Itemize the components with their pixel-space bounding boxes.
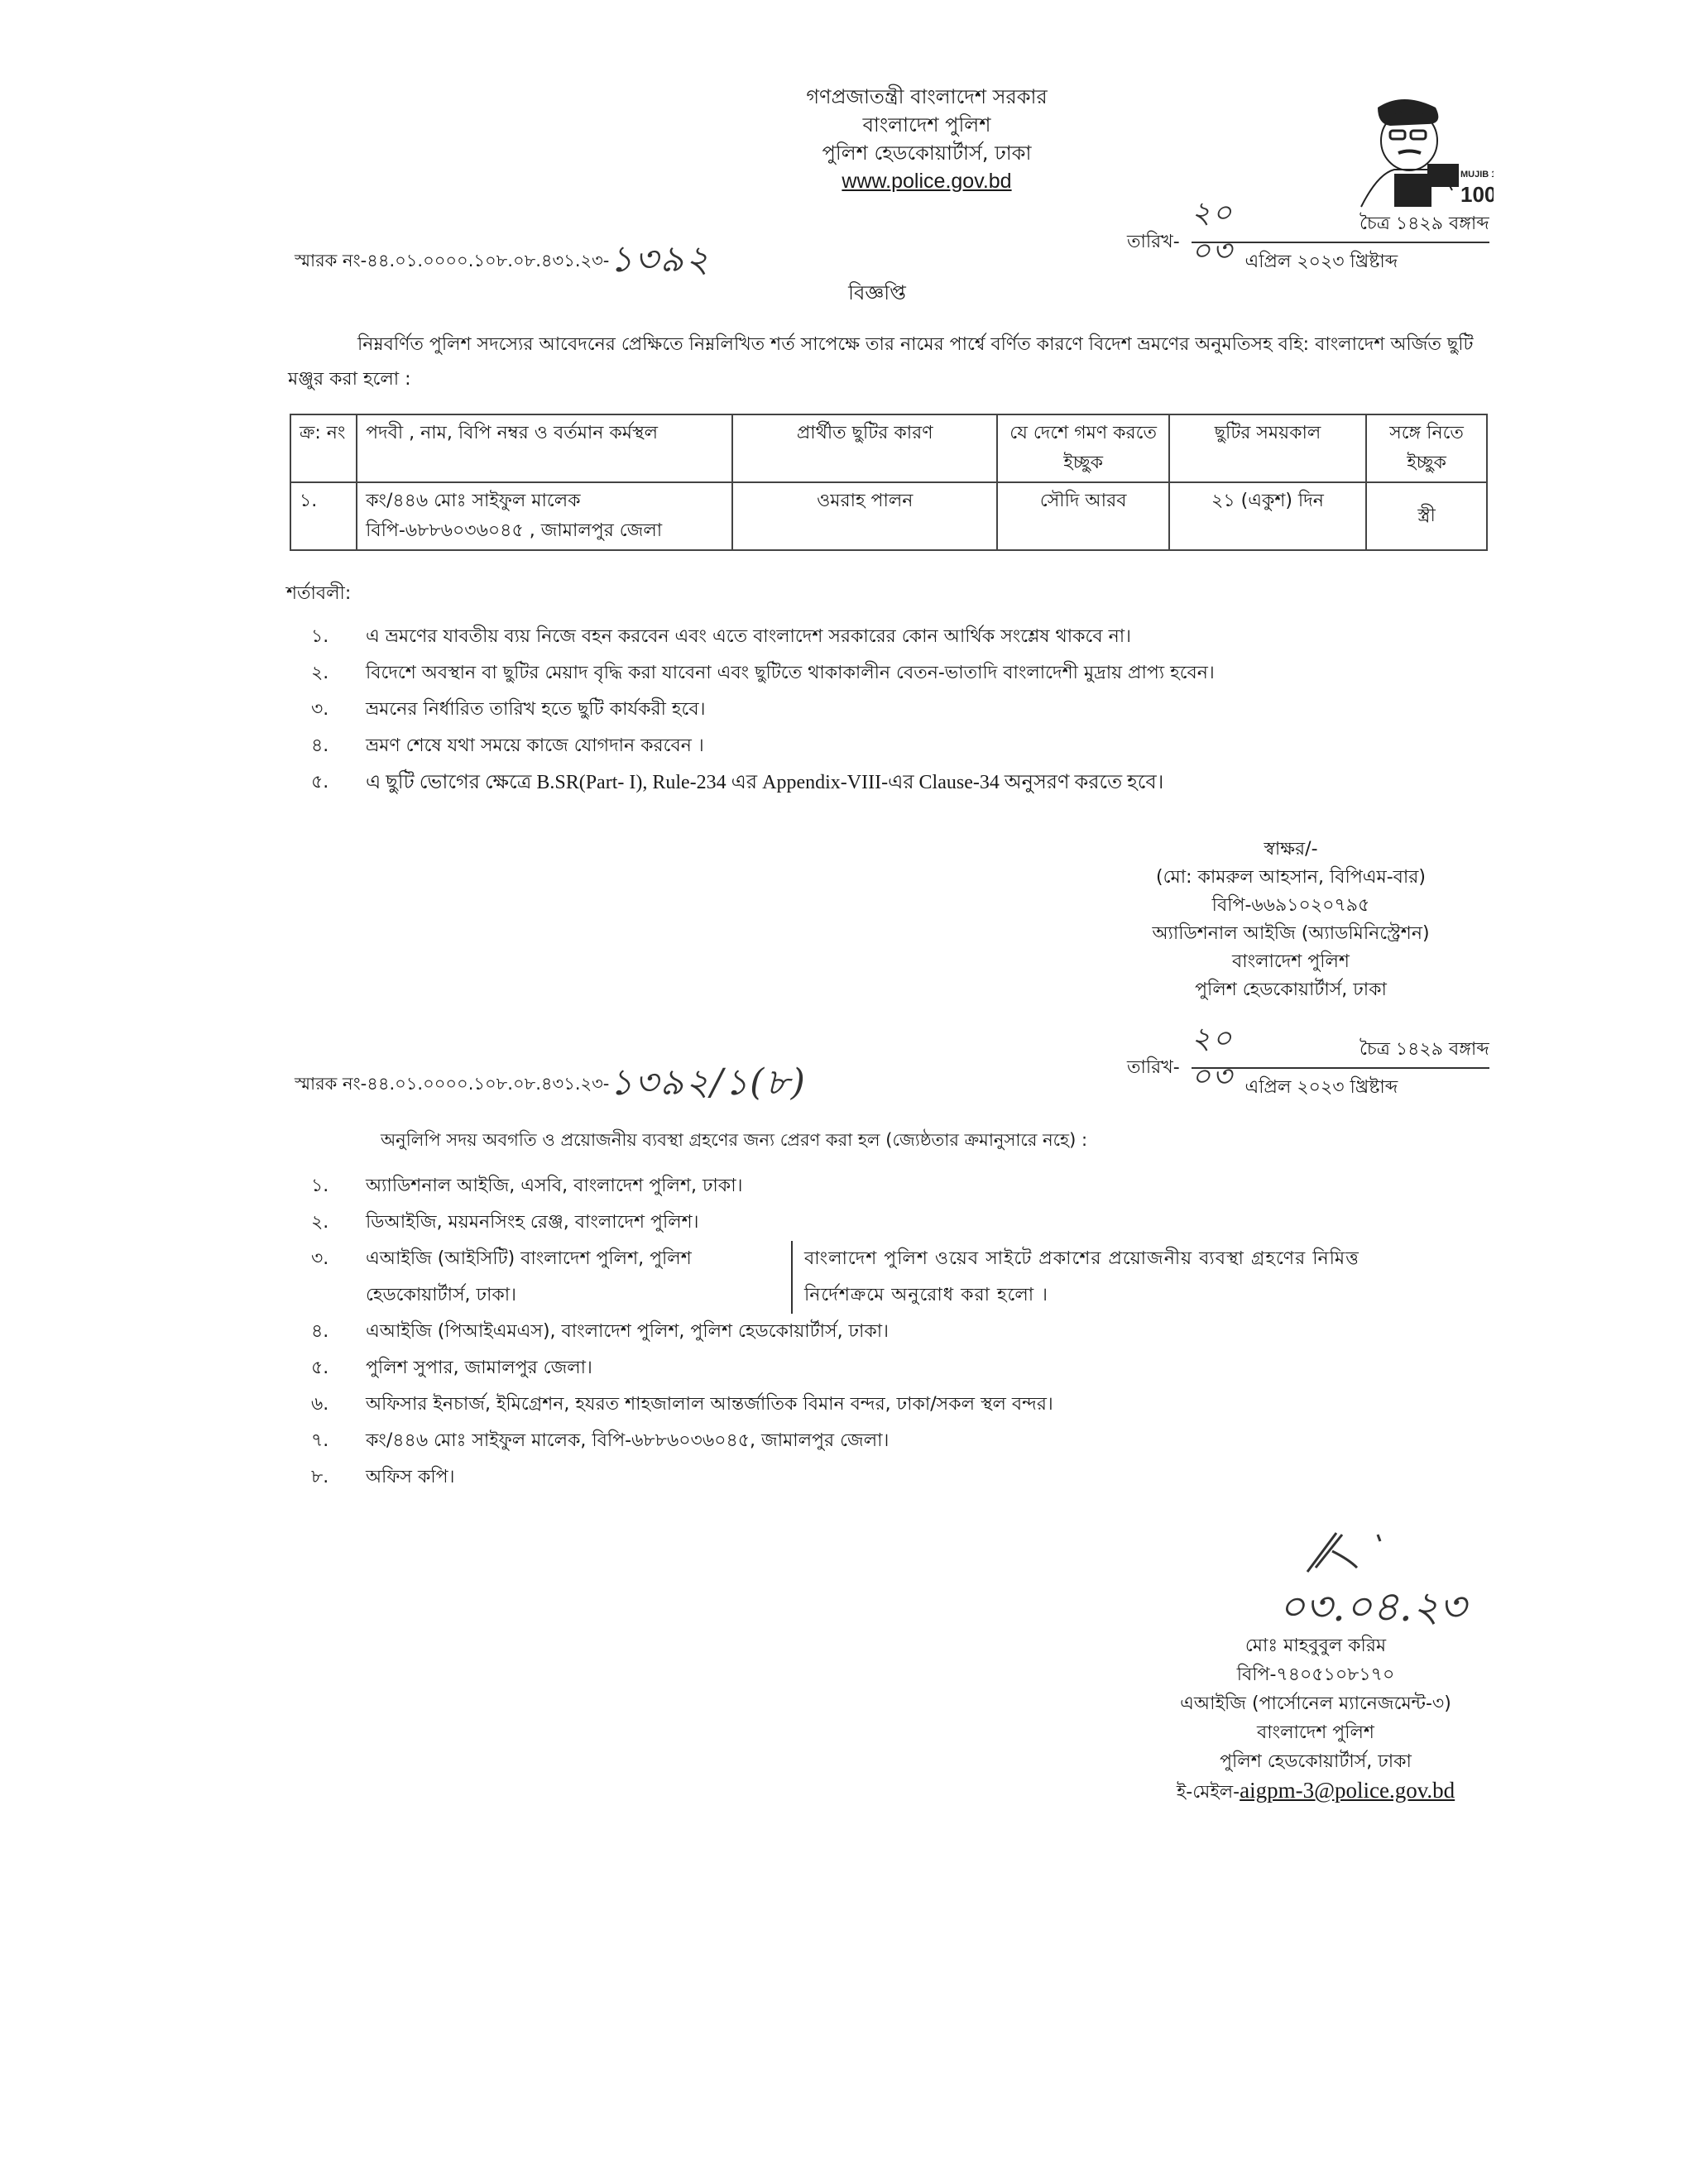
website-link[interactable]: www.police.gov.bd	[679, 167, 1175, 195]
item-number: ৩.	[311, 692, 366, 728]
signature-mark: স্বাক্ষর/-	[1076, 836, 1506, 864]
item-number: ৫.	[311, 1350, 366, 1387]
item-number: ৬.	[311, 1387, 366, 1423]
cell-duration: ২১ (একুশ) দিন	[1169, 482, 1366, 550]
memo-handwritten-number: ১৩৯২/১(৮)	[609, 1055, 807, 1115]
list-item: ৪.ভ্রমণ শেষে যথা সময়ে কাজে যোগদান করবেন…	[311, 728, 1519, 764]
date-block-1: তারিখ- ২০ চৈত্র ১৪২৯ বঙ্গাব্দ ০৩ এপ্রিল …	[1127, 207, 1489, 278]
item-text: এ ছুটি ভোগের ক্ষেত্রে B.SR(Part- I), Rul…	[366, 764, 1163, 801]
email-link[interactable]: aigpm-3@police.gov.bd	[1240, 1778, 1455, 1803]
signatory-designation: অ্যাডিশনাল আইজি (অ্যাডমিনিস্ট্রেশন)	[1076, 920, 1506, 948]
list-item: ১.এ ভ্রমণের যাবতীয় ব্যয় নিজে বহন করবেন…	[311, 619, 1519, 655]
date-english-hand: ০৩	[1192, 228, 1234, 278]
letterhead-line-police: বাংলাদেশ পুলিশ	[679, 111, 1175, 139]
signatory-office: পুলিশ হেডকোয়ার্টার্স, ঢাকা	[1101, 1747, 1531, 1776]
svg-text:MUJIB 100: MUJIB 100	[1460, 170, 1494, 180]
memo-handwritten-number: ১৩৯২	[609, 232, 710, 292]
date-english: এপ্রিল ২০২৩ খ্রিষ্টাব্দ	[1245, 1073, 1398, 1104]
memo-label: স্মারক নং-৪৪.০১.০০০০.১০৮.০৮.৪৩১.২৩-	[295, 247, 609, 276]
memo-label: স্মারক নং-৪৪.০১.০০০০.১০৮.০৮.৪৩১.২৩-	[295, 1070, 609, 1099]
list-item: ২.বিদেশে অবস্থান বা ছুটির মেয়াদ বৃদ্ধি …	[311, 655, 1519, 692]
intro-paragraph: নিম্নবর্ণিত পুলিশ সদস্যের আবেদনের প্রেক্…	[288, 328, 1479, 397]
list-item: ৩.ভ্রমনের নির্ধারিত তারিখ হতে ছুটি কার্য…	[311, 692, 1519, 728]
item-number: ১.	[311, 619, 366, 655]
table-row: ১. কং/৪৪৬ মোঃ সাইফুল মালেক বিপি-৬৮৮৬০৩৬০…	[290, 482, 1487, 550]
signatory-designation: এআইজি (পার্সোনেল ম্যানেজমেন্ট-৩)	[1101, 1689, 1531, 1718]
date-label: তারিখ-	[1127, 1053, 1180, 1084]
memo-number-1: স্মারক নং-৪৪.০১.০০০০.১০৮.০৮.৪৩১.২৩- ১৩৯২	[295, 232, 711, 292]
cell-reason: ওমরাহ পালন	[732, 482, 997, 550]
signature-block-1: স্বাক্ষর/- (মো: কামরুল আহসান, বিপিএম-বার…	[1076, 836, 1506, 1004]
item-text: অফিসার ইনচার্জ, ইমিগ্রেশন, হযরত শাহজালাল…	[366, 1387, 1053, 1423]
letterhead-line-government: গণপ্রজাতন্ত্রী বাংলাদেশ সরকার	[679, 83, 1175, 111]
item-text: বিদেশে অবস্থান বা ছুটির মেয়াদ বৃদ্ধি কর…	[366, 655, 1215, 692]
item-number: ৮.	[311, 1459, 366, 1496]
item-text: অফিস কপি।	[366, 1459, 454, 1496]
item-text: অ্যাডিশনাল আইজি, এসবি, বাংলাদেশ পুলিশ, ঢ…	[366, 1168, 742, 1205]
date-label: তারিখ-	[1127, 227, 1180, 258]
header-companion: সঙ্গে নিতে ইচ্ছুক	[1366, 414, 1487, 482]
list-item: ৫.এ ছুটি ভোগের ক্ষেত্রে B.SR(Part- I), R…	[311, 764, 1519, 801]
signature-block-2: মোঃ মাহবুবুল করিম বিপি-৭৪০৫১০৮১৭০ এআইজি …	[1101, 1631, 1531, 1807]
header-designation: পদবী , নাম, বিপি নম্বর ও বর্তমান কর্মস্থ…	[357, 414, 732, 482]
signatory-org: বাংলাদেশ পুলিশ	[1101, 1718, 1531, 1747]
item-text: এ ভ্রমণের যাবতীয় ব্যয় নিজে বহন করবেন এ…	[366, 619, 1131, 655]
list-item: ৩. এআইজি (আইসিটি) বাংলাদেশ পুলিশ, পুলিশ …	[311, 1241, 1519, 1314]
signatory-name: মোঃ মাহবুবুল করিম	[1101, 1631, 1531, 1660]
page-title: বিজ্ঞপ্তি	[811, 278, 943, 311]
item-number: ১.	[311, 1168, 366, 1205]
list-item: ২.ডিআইজি, ময়মনসিংহ রেঞ্জ, বাংলাদেশ পুলি…	[311, 1205, 1519, 1241]
date-divider	[1192, 1067, 1489, 1069]
date-english-hand: ০৩	[1192, 1054, 1234, 1104]
item-text: কং/৪৪৬ মোঃ সাইফুল মালেক, বিপি-৬৮৮৬০৩৬০৪৫…	[366, 1423, 889, 1459]
cell-designation: কং/৪৪৬ মোঃ সাইফুল মালেক বিপি-৬৮৮৬০৩৬০৪৫ …	[357, 482, 732, 550]
date-bangla: চৈত্র ১৪২৯ বঙ্গাব্দ	[1360, 209, 1489, 240]
list-item: ৭.কং/৪৪৬ মোঃ সাইফুল মালেক, বিপি-৬৮৮৬০৩৬০…	[311, 1423, 1519, 1459]
list-item: ১.অ্যাডিশনাল আইজি, এসবি, বাংলাদেশ পুলিশ,…	[311, 1168, 1519, 1205]
cell-bp-location: বিপি-৬৮৮৬০৩৬০৪৫ , জামালপুর জেলা	[366, 516, 723, 546]
signatory-office: পুলিশ হেডকোয়ার্টার্স, ঢাকা	[1076, 976, 1506, 1004]
item-number: ২.	[311, 655, 366, 692]
signatory-name: (মো: কামরুল আহসান, বিপিএম-বার)	[1076, 864, 1506, 892]
list-item: ৫.পুলিশ সুপার, জামালপুর জেলা।	[311, 1350, 1519, 1387]
list-item: ৮.অফিস কপি।	[311, 1459, 1519, 1496]
item-text: ভ্রমণ শেষে যথা সময়ে কাজে যোগদান করবেন ।	[366, 728, 704, 764]
item-number: ২.	[311, 1205, 366, 1241]
svg-text:100: 100	[1460, 182, 1494, 207]
item-text: ডিআইজি, ময়মনসিংহ রেঞ্জ, বাংলাদেশ পুলিশ।	[366, 1205, 699, 1241]
header-reason: প্রার্থীত ছুটির কারণ	[732, 414, 997, 482]
header-duration: ছুটির সময়কাল	[1169, 414, 1366, 482]
list-item: ৬.অফিসার ইনচার্জ, ইমিগ্রেশন, হযরত শাহজাল…	[311, 1387, 1519, 1423]
cell-companion: স্ত্রী	[1366, 482, 1487, 550]
item-separator	[791, 1241, 793, 1314]
copy-list: ১.অ্যাডিশনাল আইজি, এসবি, বাংলাদেশ পুলিশ,…	[311, 1168, 1519, 1496]
handwritten-signature-icon	[1299, 1526, 1390, 1579]
signatory-bp: বিপি-৬৬৯১০২০৭৯৫	[1076, 892, 1506, 920]
cell-serial: ১.	[290, 482, 357, 550]
cell-name: কং/৪৪৬ মোঃ সাইফুল মালেক	[366, 486, 723, 516]
item-number: ৪.	[311, 728, 366, 764]
signatory-bp: বিপি-৭৪০৫১০৮১৭০	[1101, 1660, 1531, 1689]
item-text: এআইজি (পিআইএমএস), বাংলাদেশ পুলিশ, পুলিশ …	[366, 1314, 889, 1350]
mujib-100-logo-icon: MUJIB 100 100	[1345, 91, 1494, 215]
date-divider	[1192, 242, 1489, 243]
list-item: ৪.এআইজি (পিআইএমএস), বাংলাদেশ পুলিশ, পুলি…	[311, 1314, 1519, 1350]
date-english: এপ্রিল ২০২৩ খ্রিষ্টাব্দ	[1245, 247, 1398, 278]
item-text: ভ্রমনের নির্ধারিত তারিখ হতে ছুটি কার্যকর…	[366, 692, 705, 728]
header-serial: ক্র: নং	[290, 414, 357, 482]
header-country: যে দেশে গমণ করতে ইচ্ছুক	[997, 414, 1168, 482]
date-bangla: চৈত্র ১৪২৯ বঙ্গাব্দ	[1360, 1035, 1489, 1066]
copy-intro: অনুলিপি সদয় অবগতি ও প্রয়োজনীয় ব্যবস্থ…	[381, 1127, 1087, 1156]
item-text: এআইজি (আইসিটি) বাংলাদেশ পুলিশ, পুলিশ হেড…	[366, 1241, 779, 1314]
item-number: ৩.	[311, 1241, 366, 1314]
item-number: ৫.	[311, 764, 366, 801]
signatory-org: বাংলাদেশ পুলিশ	[1076, 948, 1506, 976]
email-line: ই-মেইল-aigpm-3@police.gov.bd	[1101, 1776, 1531, 1807]
cell-country: সৌদি আরব	[997, 482, 1168, 550]
item-number: ৪.	[311, 1314, 366, 1350]
leave-table: ক্র: নং পদবী , নাম, বিপি নম্বর ও বর্তমান…	[290, 414, 1488, 551]
table-header-row: ক্র: নং পদবী , নাম, বিপি নম্বর ও বর্তমান…	[290, 414, 1487, 482]
item-note: বাংলাদেশ পুলিশ ওয়েব সাইটে প্রকাশের প্রয…	[804, 1241, 1433, 1314]
conditions-list: ১.এ ভ্রমণের যাবতীয় ব্যয় নিজে বহন করবেন…	[311, 619, 1519, 801]
conditions-title: শর্তাবলী:	[286, 579, 351, 610]
letterhead: গণপ্রজাতন্ত্রী বাংলাদেশ সরকার বাংলাদেশ প…	[679, 83, 1175, 195]
item-number: ৭.	[311, 1423, 366, 1459]
letterhead-line-hq: পুলিশ হেডকোয়ার্টার্স, ঢাকা	[679, 139, 1175, 167]
item-text: পুলিশ সুপার, জামালপুর জেলা।	[366, 1350, 592, 1387]
date-block-2: তারিখ- ২০ চৈত্র ১৪২৯ বঙ্গাব্দ ০৩ এপ্রিল …	[1127, 1032, 1489, 1104]
memo-number-2: স্মারক নং-৪৪.০১.০০০০.১০৮.০৮.৪৩১.২৩- ১৩৯২…	[295, 1055, 807, 1115]
email-label: ই-মেইল-	[1177, 1782, 1240, 1803]
